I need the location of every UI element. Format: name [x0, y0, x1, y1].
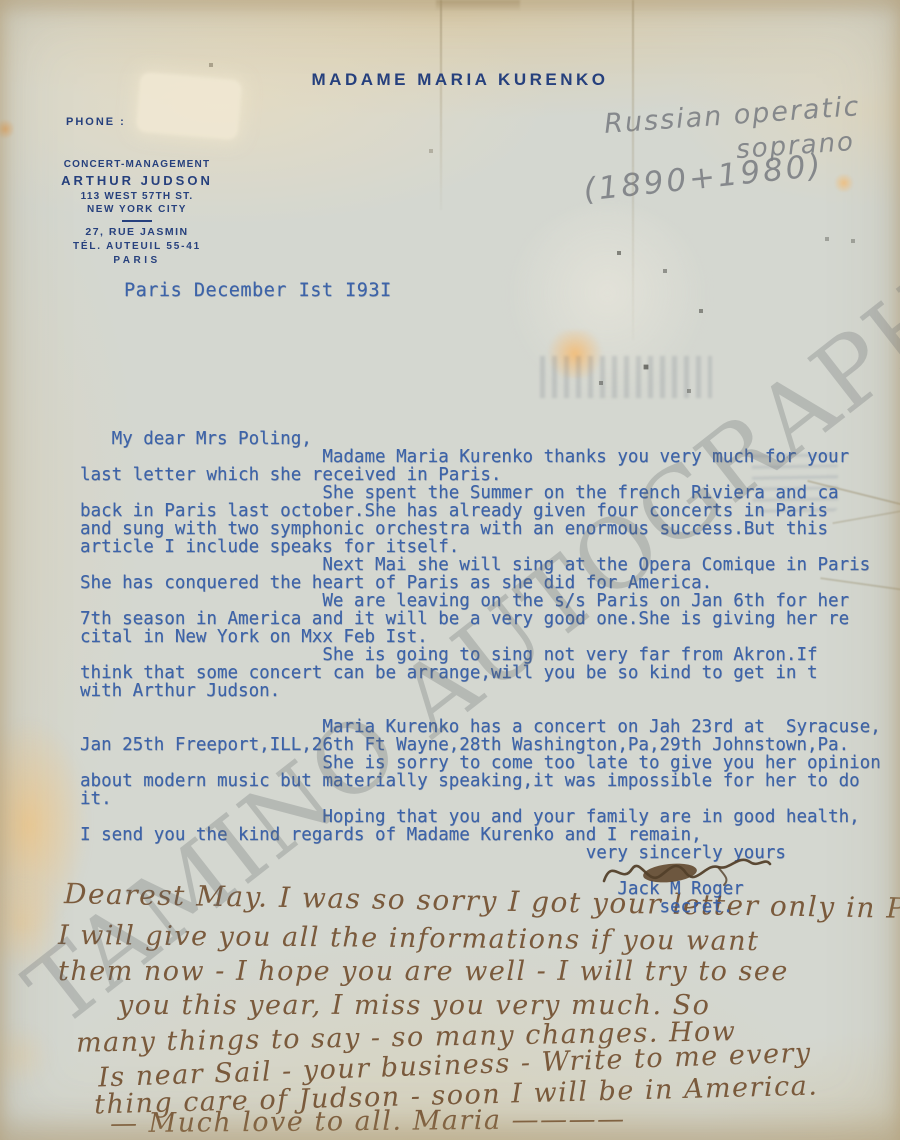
- typed-line: She is going to sing not very far from A…: [80, 646, 881, 664]
- typed-line: She has conquered the heart of Paris as …: [80, 574, 881, 592]
- orange-spot-left-edge: [0, 118, 14, 140]
- vertical-crease-left: [440, 0, 442, 210]
- typed-line: 7th season in America and it will be a v…: [80, 610, 881, 628]
- letterhead-management-lines: CONCERT-MANAGEMENTARTHUR JUDSON113 WEST …: [50, 160, 224, 215]
- top-edge-tear: [436, 0, 520, 11]
- typed-line: and sung with two symphonic orchestra wi…: [80, 520, 881, 538]
- typed-line: back in Paris last october.She has alrea…: [80, 502, 881, 520]
- typed-line: last letter which she received in Paris.: [80, 466, 881, 484]
- handwritten-line: them now - I hope you are well - I will …: [58, 958, 789, 985]
- typed-line: Hoping that you and your family are in g…: [80, 808, 881, 826]
- letterhead-line: 27, RUE JASMIN: [50, 227, 224, 238]
- typed-line: cital in New York on Mxx Feb Ist.: [80, 628, 881, 646]
- pencil-annotation-line: (1890+1980): [582, 148, 825, 209]
- typed-line: [80, 700, 881, 718]
- handwritten-line: — Much love to all. Maria ————: [110, 1106, 626, 1137]
- typed-line: Next Mai she will sing at the Opera Comi…: [80, 556, 881, 574]
- typed-line: about modern music but materially speaki…: [80, 772, 881, 790]
- typed-line: with Arthur Judson.: [80, 682, 881, 700]
- handwritten-line: I will give you all the informations if …: [58, 922, 760, 955]
- scanned-letter-page: MADAME MARIA KURENKO PHONE : CONCERT-MAN…: [0, 0, 900, 1140]
- letterhead-paris-lines: 27, RUE JASMINTÉL. AUTEUIL 55-41PARIS: [50, 227, 224, 266]
- ink-transfer-ghost-center: [540, 356, 712, 398]
- letterhead-phone-label: PHONE :: [66, 116, 126, 128]
- letterhead-line: ARTHUR JUDSON: [50, 174, 224, 187]
- handwritten-line: you this year, I miss you very much. So: [118, 992, 710, 1019]
- typed-line: article I include speaks for itself.: [80, 538, 881, 556]
- signature-ink-scribble: [598, 849, 776, 893]
- letterhead-line: 113 WEST 57TH ST.: [50, 192, 224, 202]
- typed-line: We are leaving on the s/s Paris on Jan 6…: [80, 592, 881, 610]
- typed-line: secret.: [80, 898, 881, 916]
- typed-line: She is sorry to come too late to give yo…: [80, 754, 881, 772]
- dirt-specks: [0, 0, 2, 2]
- letterhead-line: CONCERT-MANAGEMENT: [50, 160, 224, 170]
- letterhead-line: PARIS: [50, 256, 224, 266]
- typed-line: Jan 25th Freeport,ILL,26th Ft Wayne,28th…: [80, 736, 881, 754]
- tan-stain-left-lower: [0, 876, 64, 972]
- stain-bottom-left: [0, 1024, 52, 1088]
- letterhead-divider: [122, 220, 152, 222]
- typed-line: Maria Kurenko has a concert on Jah 23rd …: [80, 718, 881, 736]
- typed-line: Madame Maria Kurenko thanks you very muc…: [80, 448, 881, 466]
- typed-letter-body: My dear Mrs Poling, Madame Maria Kurenko…: [80, 430, 881, 916]
- typed-line: it.: [80, 790, 881, 808]
- letterhead-line: TÉL. AUTEUIL 55-41: [50, 242, 224, 252]
- orange-spot-right: [833, 174, 855, 192]
- letterhead-address-block: CONCERT-MANAGEMENTARTHUR JUDSON113 WEST …: [50, 160, 224, 266]
- typed-line: think that some concert can be arrange,w…: [80, 664, 881, 682]
- vertical-crease-right: [632, 0, 634, 340]
- typed-line: She spent the Summer on the french Rivie…: [80, 484, 881, 502]
- typed-line: My dear Mrs Poling,: [80, 430, 881, 448]
- letterhead-title: MADAME MARIA KURENKO: [0, 70, 900, 90]
- letterhead-line: NEW YORK CITY: [50, 205, 224, 215]
- typed-date-line: Paris December Ist I93I: [124, 280, 392, 301]
- typed-line: I send you the kind regards of Madame Ku…: [80, 826, 881, 844]
